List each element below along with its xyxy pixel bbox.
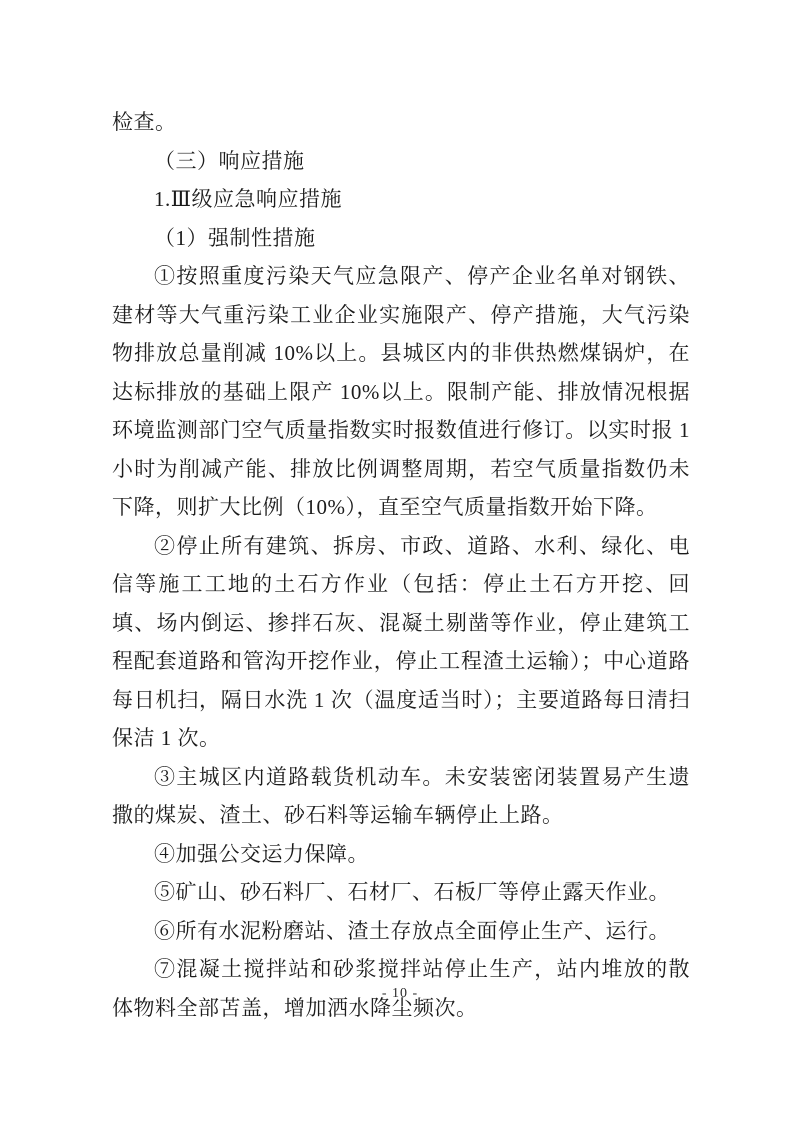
measure-paragraph-4: ④加强公交运力保障。 bbox=[112, 835, 690, 874]
measure-paragraph-3: ③主城区内道路载货机动车。未安装密闭装置易产生遗撒的煤炭、渣土、砂石料等运输车辆… bbox=[112, 758, 690, 835]
measure-paragraph-2: ②停止所有建筑、拆房、市政、道路、水利、绿化、电信等施工工地的土石方作业（包括：… bbox=[112, 527, 690, 758]
intro-line: 检查。 bbox=[112, 103, 690, 142]
heading-section: （三）响应措施 bbox=[112, 142, 690, 181]
document-content: 检查。 （三）响应措施 1.Ⅲ级应急响应措施 （1）强制性措施 ①按照重度污染天… bbox=[112, 103, 690, 1027]
measure-paragraph-6: ⑥所有水泥粉磨站、渣土存放点全面停止生产、运行。 bbox=[112, 912, 690, 951]
document-page: 检查。 （三）响应措施 1.Ⅲ级应急响应措施 （1）强制性措施 ①按照重度污染天… bbox=[0, 0, 800, 1130]
heading-mandatory-measures: （1）强制性措施 bbox=[112, 219, 690, 258]
heading-response-level: 1.Ⅲ级应急响应措施 bbox=[112, 180, 690, 219]
measure-paragraph-5: ⑤矿山、砂石料厂、石材厂、石板厂等停止露天作业。 bbox=[112, 873, 690, 912]
measure-paragraph-1: ①按照重度污染天气应急限产、停产企业名单对钢铁、建材等大气重污染工业企业实施限产… bbox=[112, 257, 690, 527]
page-number: - 10 - bbox=[0, 986, 800, 1002]
